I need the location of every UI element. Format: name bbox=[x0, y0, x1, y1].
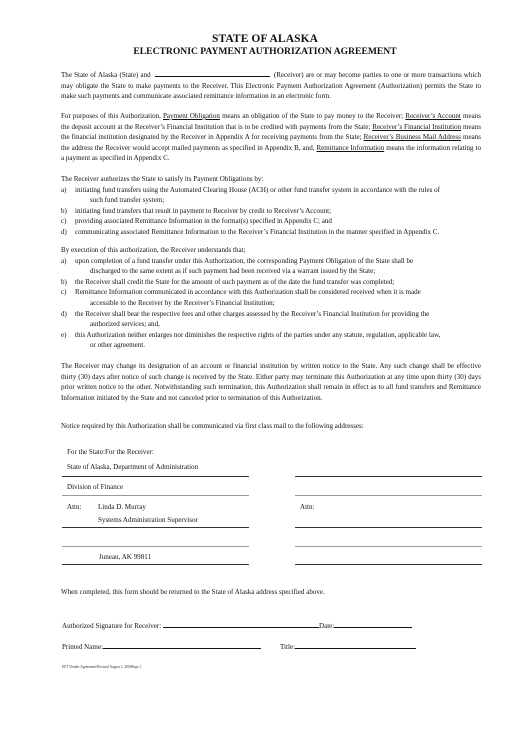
return-note: When completed, this form should be retu… bbox=[61, 587, 481, 598]
addresses-header: For the State:For the Receiver: bbox=[67, 448, 154, 456]
signature-label: Authorized Signature for Receiver: bbox=[62, 622, 161, 630]
term-receivers-account: Receiver’s Account bbox=[405, 112, 461, 120]
authorizes-item: d)communicating associated Remittance In… bbox=[61, 227, 491, 238]
authorizes-lead: The Receiver authorizes the State to sat… bbox=[61, 174, 491, 185]
state-attn-title: Systems Administration Supervisor bbox=[98, 516, 198, 524]
receiver-address-line1-field[interactable] bbox=[295, 476, 482, 477]
title-row: Title: bbox=[280, 640, 416, 651]
document-page: STATE OF ALASKA ELECTRONIC PAYMENT AUTHO… bbox=[0, 0, 530, 749]
signature-field[interactable] bbox=[163, 619, 319, 628]
signature-row: Authorized Signature for Receiver: Date: bbox=[62, 619, 412, 630]
date-field[interactable] bbox=[334, 619, 412, 628]
receiver-city-field[interactable] bbox=[295, 564, 482, 565]
authorizes-item: c)providing associated Remittance Inform… bbox=[61, 216, 491, 227]
document-subtitle: ELECTRONIC PAYMENT AUTHORIZATION AGREEME… bbox=[0, 46, 530, 57]
receiver-attn-label: Attn: bbox=[300, 503, 315, 511]
understands-item: b)the Receiver shall credit the State fo… bbox=[61, 277, 491, 288]
printed-name-row: Printed Name: bbox=[62, 640, 261, 651]
title-label: Title: bbox=[280, 643, 295, 651]
intro-paragraph: The State of Alaska (State) and (Receive… bbox=[61, 69, 481, 102]
receiver-attn-field[interactable] bbox=[295, 527, 482, 528]
understands-item: c)Remittance Information communicated in… bbox=[61, 287, 491, 308]
term-receivers-business-mail-address: Receiver’s Business Mail Address bbox=[364, 133, 461, 141]
receiver-address-line2-field[interactable] bbox=[295, 495, 482, 496]
state-line2-rule bbox=[62, 495, 249, 496]
printed-name-label: Printed Name: bbox=[62, 643, 103, 651]
receiver-address-line4-field[interactable] bbox=[295, 546, 482, 547]
authorizes-section: The Receiver authorizes the State to sat… bbox=[61, 174, 491, 238]
state-address-line2: Division of Finance bbox=[67, 483, 123, 491]
page-footer: EFT Vendor Agreement/Revised August 1, 2… bbox=[62, 665, 141, 669]
notice-required-paragraph: Notice required by this Authorization sh… bbox=[61, 421, 481, 432]
state-attn-label: Attn: bbox=[67, 503, 82, 511]
authorizes-item: b)initiating fund transfers that result … bbox=[61, 206, 491, 217]
document-title: STATE OF ALASKA bbox=[0, 33, 530, 45]
state-city-rule bbox=[62, 564, 249, 565]
authorizes-item: a)initiating fund transfers using the Au… bbox=[61, 185, 491, 206]
understands-lead: By execution of this authorization, the … bbox=[61, 245, 491, 256]
state-line4-rule bbox=[62, 546, 249, 547]
state-line1-rule bbox=[62, 476, 249, 477]
understands-item: d)the Receiver shall bear the respective… bbox=[61, 309, 491, 330]
term-remittance-information: Remittance Information bbox=[316, 144, 384, 152]
receiver-name-field[interactable] bbox=[155, 69, 270, 77]
term-payment-obligation: Payment Obligation bbox=[163, 112, 220, 120]
state-attn-rule bbox=[62, 527, 249, 528]
state-city: Juneau, AK 99811 bbox=[99, 553, 151, 561]
change-notice-paragraph: The Receiver may change its designation … bbox=[61, 361, 481, 403]
title-field[interactable] bbox=[295, 640, 416, 649]
state-attn-name: Linda D. Murray bbox=[98, 503, 146, 511]
definitions-paragraph: For purposes of this Authorization, Paym… bbox=[61, 111, 481, 164]
understands-item: a)upon completion of a fund transfer und… bbox=[61, 256, 491, 277]
understands-item: e)this Authorization neither enlarges no… bbox=[61, 330, 491, 351]
state-address-line1: State of Alaska, Department of Administr… bbox=[67, 463, 198, 471]
term-receivers-financial-institution: Receiver’s Financial Institution bbox=[372, 123, 461, 131]
printed-name-field[interactable] bbox=[103, 640, 261, 649]
date-label: Date: bbox=[319, 622, 334, 630]
understands-section: By execution of this authorization, the … bbox=[61, 245, 491, 351]
